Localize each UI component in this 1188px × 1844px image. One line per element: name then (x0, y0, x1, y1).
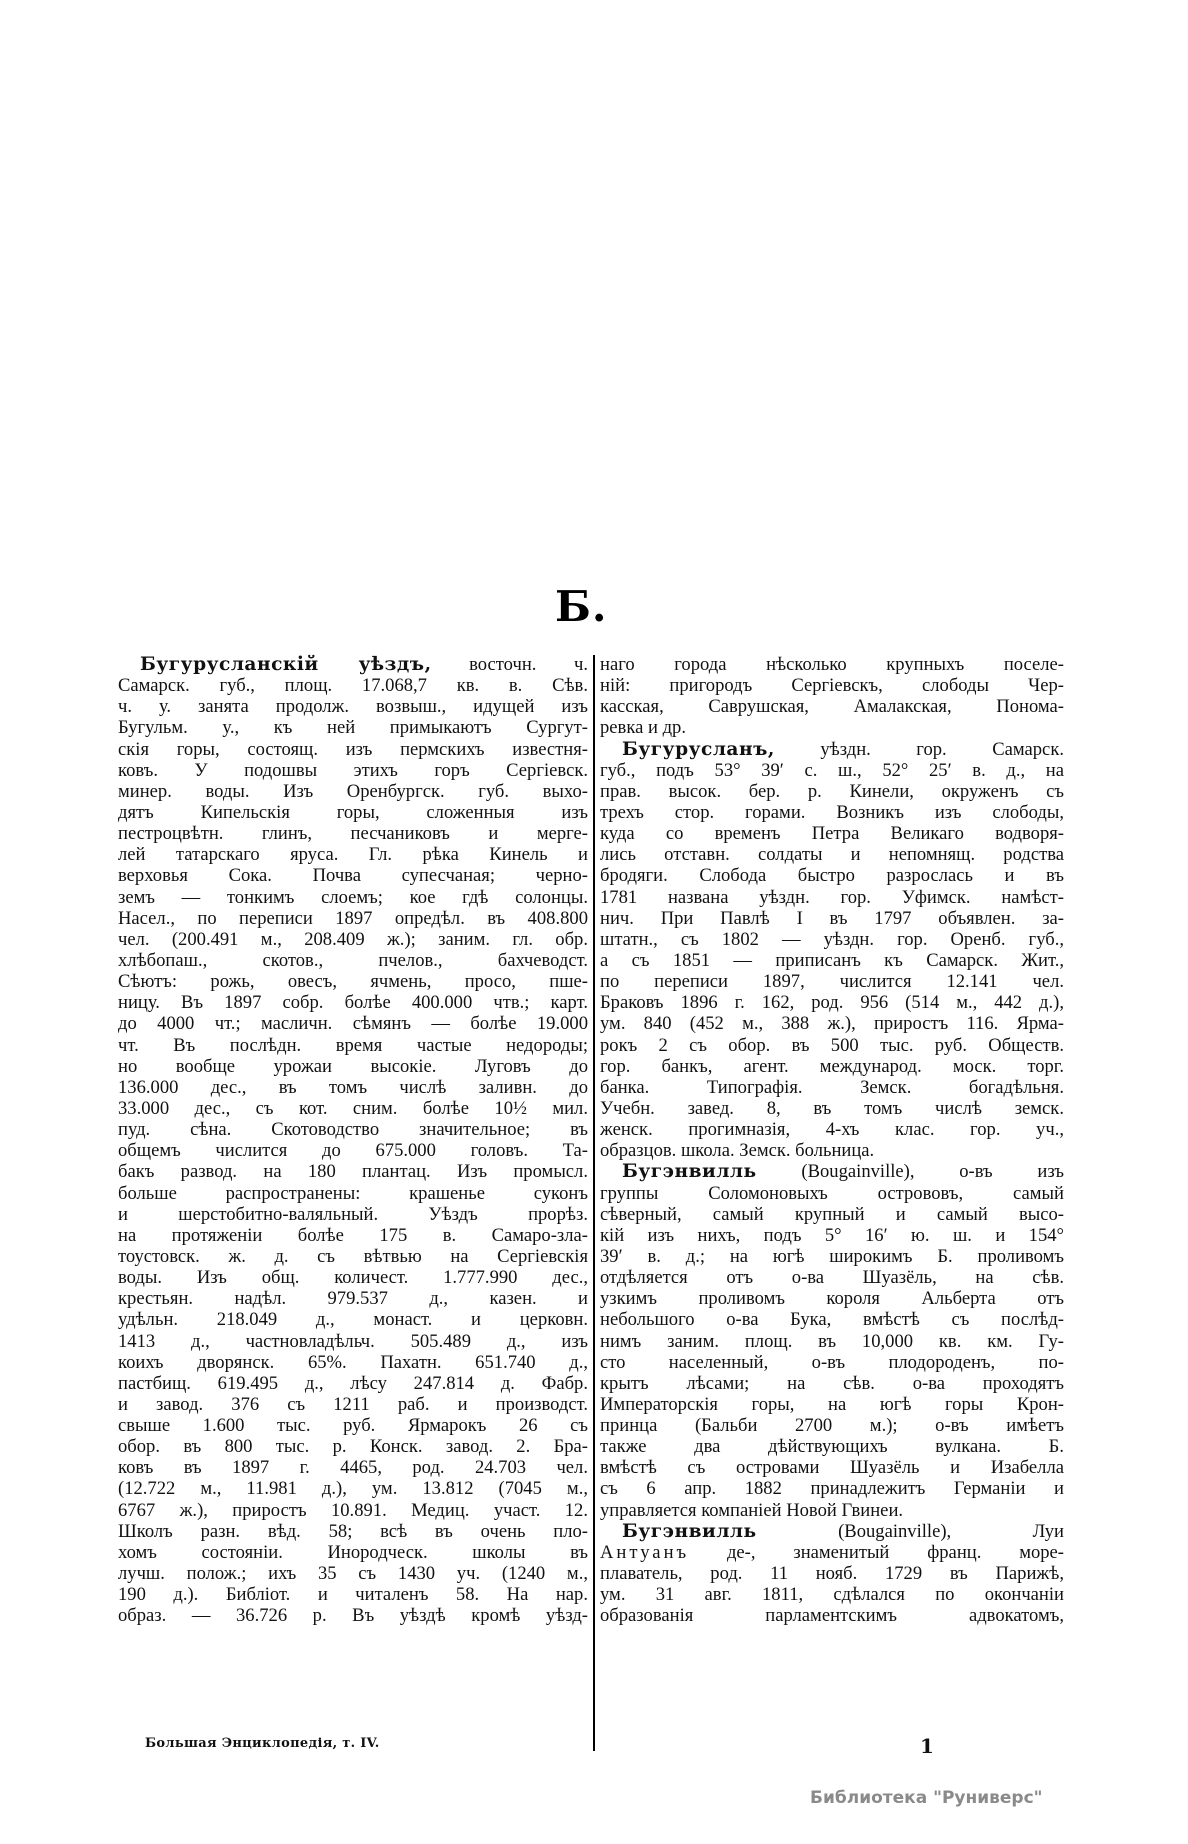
text-line: 190 д.). Библіот. и читаленъ 58. На нар. (118, 1584, 588, 1605)
text-line: чел. (200.491 м., 208.409 ж.); заним. гл… (118, 929, 588, 950)
text-line (118, 1648, 588, 1669)
text-line: сѣверный, самый крупный и самый высо- (600, 1204, 1064, 1225)
text-line: Учебн. завед. 8, въ томъ числѣ земск. (600, 1098, 1064, 1119)
text-line: ковъ въ 1897 г. 4465, род. 24.703 чел. (118, 1457, 588, 1478)
library-watermark: Библиотека "Руниверс" (810, 1788, 1043, 1808)
page-number: 1 (920, 1734, 934, 1758)
text-line: трехъ стор. горами. Возникъ изъ слободы, (600, 802, 1064, 823)
text-line: принца (Бальби 2700 м.); о-въ имѣетъ (600, 1415, 1064, 1436)
text-line: ревка и др. (600, 717, 1064, 738)
text-line: пастбищ. 619.495 д., лѣсу 247.814 д. Фаб… (118, 1373, 588, 1394)
text-line: 1781 названа уѣздн. гор. Уфимск. намѣст- (600, 887, 1064, 908)
text-line: узкимъ проливомъ короля Альберта отъ (600, 1288, 1064, 1309)
text-line: образ. — 36.726 р. Въ уѣздѣ кромѣ уѣзд- (118, 1605, 588, 1626)
entry-headword-bugurusland-uezd: Бугурусланскій уѣздъ, (140, 654, 432, 675)
text-line: штатн., съ 1802 — уѣздн. гор. Оренб. губ… (600, 929, 1064, 950)
text-line: ковъ. У подошвы этихъ горъ Сергіевск. (118, 760, 588, 781)
text-line: минер. воды. Изъ Оренбургск. губ. выхо- (118, 781, 588, 802)
text-line: банка. Типографія. Земск. богадѣльня. (600, 1077, 1064, 1098)
text-line: прав. высок. бер. р. Кинели, окруженъ съ (600, 781, 1064, 802)
text-line: свыше 1.600 тыс. руб. Ярмарокъ 26 съ (118, 1415, 588, 1436)
text-line: пестроцвѣтн. глинъ, песчаниковъ и мерге- (118, 823, 588, 844)
text-line: нимъ заним. площ. въ 10,000 кв. км. Гу- (600, 1331, 1064, 1352)
text-line: крытъ лѣсами; на сѣв. о-ва проходятъ (600, 1373, 1064, 1394)
right-column: наго города нѣсколько крупныхъ поселе- н… (600, 654, 1064, 1626)
text-line: 33.000 дес., съ кот. сним. болѣе 10½ мил… (118, 1098, 588, 1119)
text-line: земъ — тонкимъ слоемъ; кое гдѣ солонцы. (118, 887, 588, 908)
text-line: рокъ 2 съ обор. въ 500 тыс. руб. Обществ… (600, 1035, 1064, 1056)
text-line: губ., подъ 53° 39′ с. ш., 52° 25′ в. д.,… (600, 760, 1064, 781)
text-line: ній: пригородъ Сергіевскъ, слободы Чер- (600, 675, 1064, 696)
text-line (118, 1711, 588, 1732)
text-line: 136.000 дес., въ томъ числѣ заливн. до (118, 1077, 588, 1098)
text-line: Школъ разн. вѣд. 58; всѣ въ очень пло- (118, 1521, 588, 1542)
text-line: верховья Сока. Почва супесчаная; черно- (118, 865, 588, 886)
text-line: лись отставн. солдаты и непомнящ. родств… (600, 844, 1064, 865)
text-line: образованія парламентскимъ адвокатомъ, (600, 1605, 1064, 1626)
entry-first-line: Бугэнвилль (Bougainville), о-въ изъ (600, 1161, 1064, 1182)
text-line: съ 6 апр. 1882 принадлежитъ Германіи и (600, 1478, 1064, 1499)
text-line: Бугульм. у., къ ней примыкаютъ Сургут- (118, 717, 588, 738)
text-line: ум. 840 (452 м., 388 ж.), приростъ 116. … (600, 1013, 1064, 1034)
text-line: воды. Изъ общ. количест. 1.777.990 дес., (118, 1267, 588, 1288)
volume-footer: Большая Энциклопедія, т. IV. (145, 1736, 380, 1751)
entry-second-line: Антуанъ де-, знаменитый франц. море- (600, 1542, 1064, 1563)
text-line (118, 1690, 588, 1711)
text-line: касская, Саврушская, Амалакская, Понома- (600, 696, 1064, 717)
text-line: ч. у. занята продолж. возвыш., идущей из… (118, 696, 588, 717)
entry-headword-buguruslan: Бугурусланъ, (622, 739, 775, 760)
text-line: женск. прогимназія, 4-хъ клас. гор. уч., (600, 1119, 1064, 1140)
text-line: хлѣбопаш., скотов., пчелов., бахчеводст. (118, 950, 588, 971)
entry-headword-bougainville-island: Бугэнвилль (622, 1161, 757, 1182)
text-line: управляется компаніей Новой Гвинеи. (600, 1500, 1064, 1521)
text-line: плаватель, род. 11 нояб. 1729 въ Парижѣ, (600, 1563, 1064, 1584)
text-line: обор. въ 800 тыс. р. Конск. завод. 2. Бр… (118, 1436, 588, 1457)
text-line: 1413 д., частновладѣльч. 505.489 д., изъ (118, 1331, 588, 1352)
text-line: образцов. школа. Земск. больница. (600, 1140, 1064, 1161)
text-line: больше распространены: крашенье суконъ (118, 1183, 588, 1204)
encyclopedia-page: Б. Бугурусланскій уѣздъ, восточн. ч. Сам… (0, 0, 1188, 1844)
person-name: Антуанъ (600, 1542, 689, 1563)
text-line: на протяженіи болѣе 175 в. Самаро-зла- (118, 1225, 588, 1246)
text-line: 6767 ж.), приростъ 10.891. Медиц. участ.… (118, 1500, 588, 1521)
text-line: скія горы, состоящ. изъ пермскихъ извест… (118, 739, 588, 760)
text-line: чт. Въ послѣдн. время частые недороды; (118, 1035, 588, 1056)
text-line: вмѣстѣ съ островами Шуазёль и Изабелла (600, 1457, 1064, 1478)
text-line: 39′ в. д.; на югѣ широкимъ Б. проливомъ (600, 1246, 1064, 1267)
text-line: группы Соломоновыхъ острововъ, самый (600, 1183, 1064, 1204)
text-line: сто населенный, о-въ плодороденъ, по- (600, 1352, 1064, 1373)
text-line: бакъ развод. на 180 плантац. Изъ промысл… (118, 1161, 588, 1182)
text-line: нич. При Павлѣ I въ 1797 объявлен. за- (600, 908, 1064, 929)
text-line: Самарск. губ., площ. 17.068,7 кв. в. Сѣв… (118, 675, 588, 696)
text-line: пуд. сѣна. Скотоводство значительное; въ (118, 1119, 588, 1140)
left-column: Бугурусланскій уѣздъ, восточн. ч. Самарс… (118, 654, 588, 1732)
text-line: кій изъ нихъ, подъ 5° 16′ ю. ш. и 154° (600, 1225, 1064, 1246)
text-line: дятъ Кипельскія горы, сложенныя изъ (118, 802, 588, 823)
text-line: хомъ состояніи. Инородческ. школы въ (118, 1542, 588, 1563)
text-line: общемъ числится до 675.000 головъ. Та- (118, 1140, 588, 1161)
section-letter-heading: Б. (555, 586, 635, 628)
text-line (118, 1626, 588, 1647)
entry-first-line: Бугурусланскій уѣздъ, восточн. ч. (118, 654, 588, 675)
entry-first-line: Бугурусланъ, уѣздн. гор. Самарск. (600, 739, 1064, 760)
text-line: по переписи 1897, числится 12.141 чел. (600, 971, 1064, 992)
text-line: Браковъ 1896 г. 162, род. 956 (514 м., 4… (600, 992, 1064, 1013)
text-line: отдѣляется отъ о-ва Шуазёль, на сѣв. (600, 1267, 1064, 1288)
text-line: лей татарскаго яруса. Гл. рѣка Кинель и (118, 844, 588, 865)
text-line: и завод. 376 съ 1211 раб. и производст. (118, 1394, 588, 1415)
text-line (118, 1669, 588, 1690)
text-line: Насел., по переписи 1897 опредѣл. въ 408… (118, 908, 588, 929)
text-line: куда со временъ Петра Великаго водворя- (600, 823, 1064, 844)
text-line: и шерстобитно-валяльный. Уѣздъ прорѣз. (118, 1204, 588, 1225)
text-line: крестьян. надѣл. 979.537 д., казен. и (118, 1288, 588, 1309)
text-line: бродяги. Слобода быстро разрослась и въ (600, 865, 1064, 886)
text-line: гор. банкъ, агент. международ. моск. тор… (600, 1056, 1064, 1077)
text-line: (12.722 м., 11.981 д.), ум. 13.812 (7045… (118, 1478, 588, 1499)
text-line: ум. 31 авг. 1811, сдѣлался по окончаніи (600, 1584, 1064, 1605)
text-line: Императорскія горы, на югѣ горы Крон- (600, 1394, 1064, 1415)
entry-first-line: Бугэнвилль (Bougainville), Луи (600, 1521, 1064, 1542)
text-line: до 4000 чт.; масличн. сѣмянъ — болѣе 19.… (118, 1013, 588, 1034)
text-line: а съ 1851 — приписанъ къ Самарск. Жит., (600, 950, 1064, 971)
text-line: тоустовск. ж. д. съ вѣтвью на Сергіевскі… (118, 1246, 588, 1267)
text-line: коихъ дворянск. 65%. Пахатн. 651.740 д., (118, 1352, 588, 1373)
text-line: небольшого о-ва Бука, вмѣстѣ съ послѣд- (600, 1309, 1064, 1330)
entry-headword-bougainville-person: Бугэнвилль (622, 1521, 757, 1542)
text-line: но вообще урожаи высокіе. Луговъ до (118, 1056, 588, 1077)
text-line: ницу. Въ 1897 собр. болѣе 400.000 чтв.; … (118, 992, 588, 1013)
text-line: лучш. полож.; ихъ 35 съ 1430 уч. (1240 м… (118, 1563, 588, 1584)
text-line: Сѣютъ: рожь, овесъ, ячмень, просо, пше- (118, 971, 588, 992)
text-line: наго города нѣсколько крупныхъ поселе- (600, 654, 1064, 675)
text-line: удѣльн. 218.049 д., монаст. и церковн. (118, 1309, 588, 1330)
column-divider (593, 655, 595, 1751)
text-line: также два дѣйствующихъ вулкана. Б. (600, 1436, 1064, 1457)
